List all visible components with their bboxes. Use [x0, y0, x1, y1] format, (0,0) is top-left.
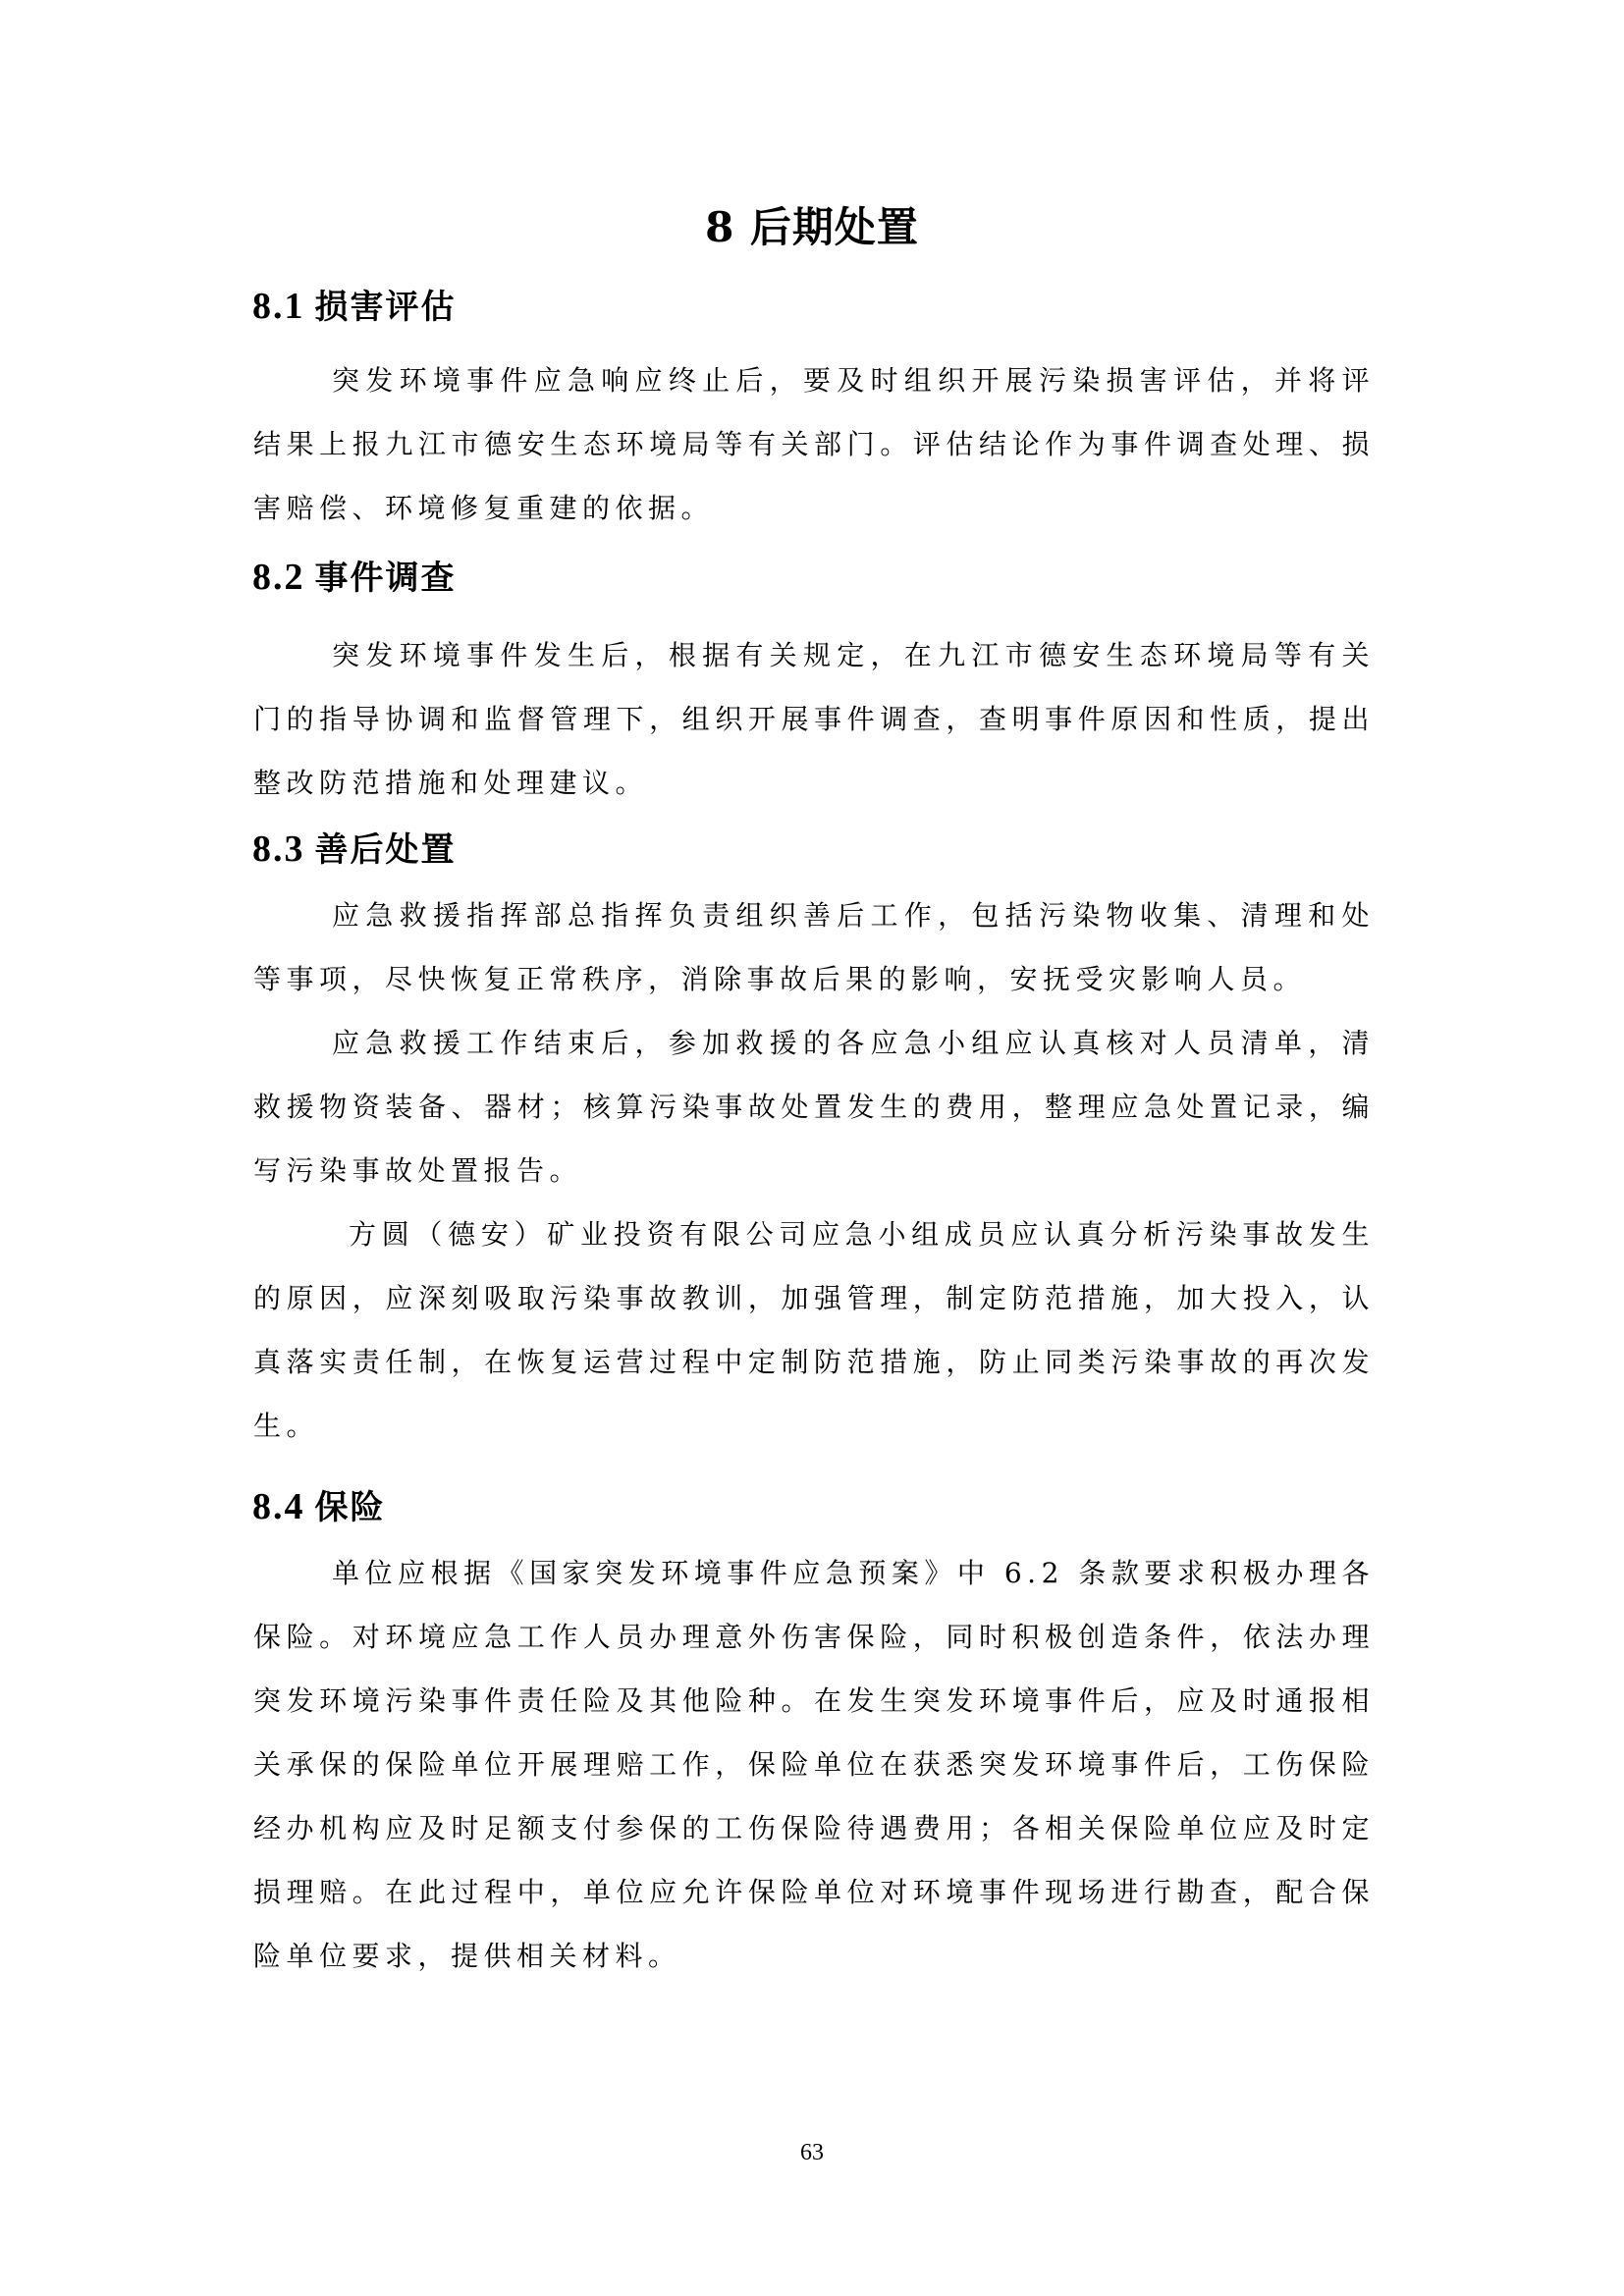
paragraph-line: 关承保的保险单位开展理赔工作，保险单位在获悉突发环境事件后，工伤保险: [253, 1745, 1375, 1785]
paragraph-line: 的原因，应深刻吸取污染事故教训，加强管理，制定防范措施，加大投入，认: [253, 1279, 1375, 1318]
section-number: 8.1: [252, 286, 305, 327]
paragraph-line: 救援物资装备、器材；核算污染事故处置发生的费用，整理应急处置记录，编: [253, 1088, 1375, 1127]
paragraph-line: 应急救援工作结束后，参加救援的各应急小组应认真核对人员清单，清点: [332, 1024, 1375, 1063]
section-number: 8.2: [252, 557, 305, 598]
section-number: 8.4: [252, 1486, 305, 1527]
section-title: 损害评估: [315, 288, 457, 327]
paragraph-line: 结果上报九江市德安生态环境局等有关部门。评估结论作为事件调查处理、损: [253, 425, 1375, 464]
section-heading-8-2: 8.2事件调查: [252, 556, 457, 600]
paragraph-line: 经办机构应及时足额支付参保的工伤保险待遇费用；各相关保险单位应及时定: [253, 1809, 1375, 1848]
paragraph-line: 突发环境事件应急响应终止后，要及时组织开展污染损害评估，并将评估: [332, 361, 1375, 400]
section-title: 善后处置: [315, 830, 457, 870]
section-heading-8-3: 8.3善后处置: [252, 828, 457, 872]
section-heading-8-4: 8.4保险: [252, 1485, 386, 1529]
section-title: 保险: [315, 1488, 386, 1527]
page-number: 63: [0, 2138, 1624, 2167]
paragraph-line: 方圆（德安）矿业投资有限公司应急小组成员应认真分析污染事故发生: [349, 1215, 1375, 1255]
paragraph-line: 险单位要求，提供相关材料。: [253, 1937, 1375, 1976]
paragraph-line: 门的指导协调和监督管理下，组织开展事件调查，查明事件原因和性质，提出: [253, 700, 1375, 739]
paragraph-line: 突发环境污染事件责任险及其他险种。在发生突发环境事件后，应及时通报相: [253, 1682, 1375, 1721]
section-number: 8.3: [252, 828, 305, 870]
paragraph-line: 突发环境事件发生后，根据有关规定，在九江市德安生态环境局等有关部: [332, 636, 1375, 675]
section-heading-8-1: 8.1损害评估: [252, 285, 457, 329]
chapter-title: 8 后期处置: [0, 202, 1624, 253]
paragraph-line: 害赔偿、环境修复重建的依据。: [253, 489, 1375, 528]
paragraph-line: 损理赔。在此过程中，单位应允许保险单位对环境事件现场进行勘查，配合保: [253, 1873, 1375, 1912]
paragraph-line: 应急救援指挥部总指挥负责组织善后工作，包括污染物收集、清理和处置: [332, 896, 1375, 935]
paragraph-line: 等事项，尽快恢复正常秩序，消除事故后果的影响，安抚受灾影响人员。: [253, 960, 1375, 999]
paragraph-line: 生。: [253, 1407, 1375, 1446]
paragraph-line: 真落实责任制，在恢复运营过程中定制防范措施，防止同类污染事故的再次发: [253, 1343, 1375, 1382]
document-page: 8 后期处置 8.1损害评估 突发环境事件应急响应终止后，要及时组织开展污染损害…: [0, 0, 1624, 2296]
paragraph-line: 保险。对环境应急工作人员办理意外伤害保险，同时积极创造条件，依法办理: [253, 1618, 1375, 1657]
paragraph-line: 整改防范措施和处理建议。: [253, 764, 1375, 803]
section-title: 事件调查: [315, 559, 457, 598]
paragraph-line: 单位应根据《国家突发环境事件应急预案》中 6.2 条款要求积极办理各类: [332, 1554, 1375, 1593]
paragraph-line: 写污染事故处置报告。: [253, 1151, 1375, 1191]
